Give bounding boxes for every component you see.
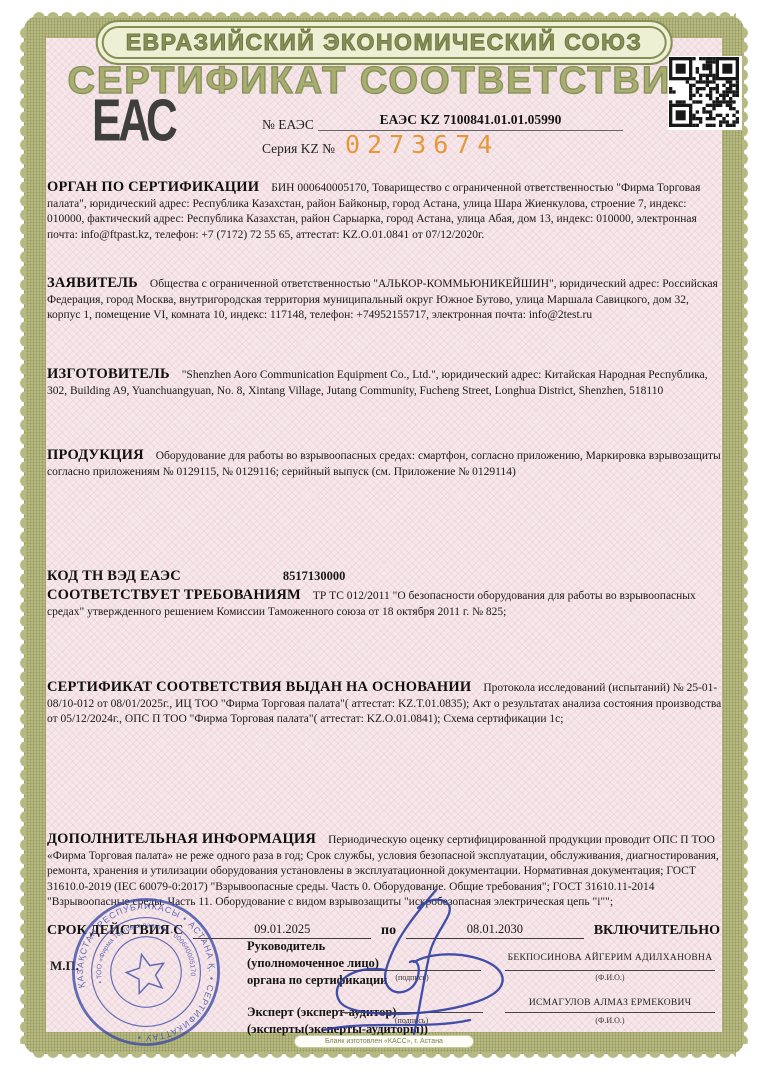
union-name-badge: ЕВРАЗИЙСКИЙ ЭКОНОМИЧЕСКИЙ СОЮЗ	[96, 20, 673, 65]
frame-scallop-bottom	[32, 1052, 736, 1062]
head-full-name: БЕКПОСИНОВА АЙГЕРИМ АДИЛХАНОВНА	[505, 953, 715, 963]
certificate-number-label: № ЕАЭС	[262, 117, 314, 133]
validity-inclusive-label: ВКЛЮЧИТЕЛЬНО	[594, 923, 720, 939]
certificate-title: СЕРТИФИКАТ СООТВЕТСТВИЯ	[0, 60, 768, 103]
frame-scallop-left	[16, 26, 26, 1044]
section-manufacturer-label: ИЗГОТОВИТЕЛЬ	[47, 366, 182, 382]
section-tnved-code: КОД ТН ВЭД ЕАЭС8517130000	[47, 567, 723, 586]
section-certification-body-label: ОРГАН ПО СЕРТИФИКАЦИИ	[47, 179, 271, 195]
handwritten-signature-ink	[318, 882, 533, 1052]
frame-scallop-right	[742, 26, 752, 1044]
section-product: ПРОДУКЦИЯОборудование для работы во взры…	[47, 446, 723, 481]
series-label: Серия KZ №	[262, 141, 335, 157]
frame-scallop-top	[32, 8, 736, 18]
section-requirements-label: СООТВЕТСТВУЕТ ТРЕБОВАНИЯМ	[47, 587, 313, 603]
qr-code	[668, 56, 742, 130]
section-manufacturer: ИЗГОТОВИТЕЛЬ"Shenzhen Aoro Communication…	[47, 365, 723, 400]
section-applicant-label: ЗАЯВИТЕЛЬ	[47, 275, 150, 291]
section-issue-basis-label: СЕРТИФИКАТ СООТВЕТСТВИЯ ВЫДАН НА ОСНОВАН…	[47, 679, 483, 695]
certificate-number-value: ЕАЭС KZ 7100841.01.01.05990	[318, 112, 623, 131]
section-additional-info-label: ДОПОЛНИТЕЛЬНАЯ ИНФОРМАЦИЯ	[47, 831, 328, 847]
section-requirements: СООТВЕТСТВУЕТ ТРЕБОВАНИЯМТР ТС 012/2011 …	[47, 586, 723, 621]
section-certification-body: ОРГАН ПО СЕРТИФИКАЦИИБИН 000640005170, Т…	[47, 178, 723, 244]
blank-maker-note: Бланк изготовлен «КАСС», г. Астана	[294, 1035, 474, 1048]
svg-text:ҚАЗАҚСТАН РЕСПУБЛИКАСЫ • АСТАН: ҚАЗАҚСТАН РЕСПУБЛИКАСЫ • АСТАНА Қ. • СЕР…	[66, 892, 226, 1052]
section-tnved-label: КОД ТН ВЭД ЕАЭС	[47, 568, 193, 584]
series-number: 0273674	[345, 130, 499, 159]
tnved-code-value: 8517130000	[283, 569, 346, 583]
expert-fio-caption: (Ф.И.О.)	[505, 1016, 715, 1025]
stamp-outer-text: ҚАЗАҚСТАН РЕСПУБЛИКАСЫ • АСТАНА Қ. • СЕР…	[66, 892, 226, 1052]
section-issue-basis: СЕРТИФИКАТ СООТВЕТСТВИЯ ВЫДАН НА ОСНОВАН…	[47, 678, 723, 728]
section-product-label: ПРОДУКЦИЯ	[47, 447, 156, 463]
expert-full-name: ИСМАГУЛОВ АЛМАЗ ЕРМЕКОВИЧ	[505, 998, 715, 1008]
section-applicant: ЗАЯВИТЕЛЬОбщества с ограниченной ответст…	[47, 274, 723, 324]
head-fio-caption: (Ф.И.О.)	[505, 973, 715, 982]
round-ink-stamp: ҚАЗАҚСТАН РЕСПУБЛИКАСЫ • АСТАНА Қ. • СЕР…	[66, 892, 226, 1052]
